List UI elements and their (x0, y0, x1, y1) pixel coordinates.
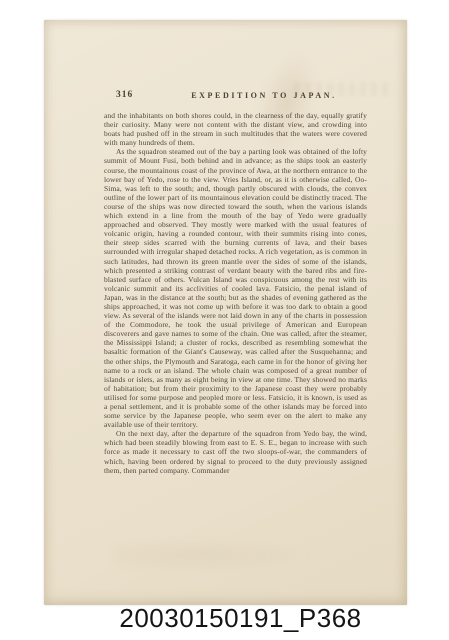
page-number: 316 (116, 90, 133, 100)
body-text-block: and the inhabitants on both shores could… (104, 111, 367, 475)
running-head-title: EXPEDITION TO JAPAN. (154, 91, 374, 100)
paragraph-continuation: and the inhabitants on both shores could… (104, 111, 367, 147)
paragraph-squadron-departure: As the squadron steamed out of the bay a… (104, 147, 367, 429)
paper-stain (114, 540, 314, 570)
paragraph-next-day: On the next day, after the departure of … (104, 429, 367, 474)
scanned-image-canvas: 316 EXPEDITION TO JAPAN. and the inhabit… (0, 0, 449, 640)
archive-id-label: 20030150191_P368 (0, 603, 449, 634)
page-header: 316 EXPEDITION TO JAPAN. (44, 90, 407, 104)
book-page-scan: 316 EXPEDITION TO JAPAN. and the inhabit… (44, 20, 407, 605)
